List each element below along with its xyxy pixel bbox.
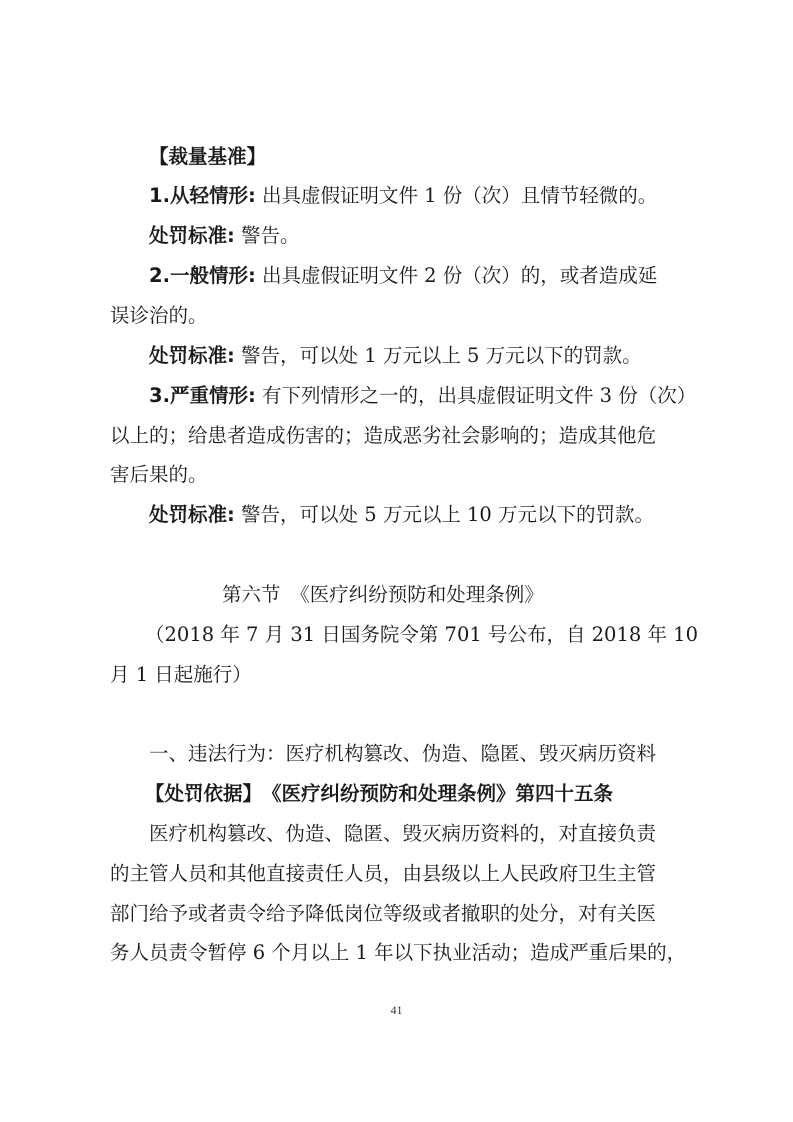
penalty-label: 处罚标准:	[149, 224, 235, 247]
violation-title: 一、违法行为：医疗机构篡改、伪造、隐匿、毁灭病历资料	[149, 742, 656, 766]
section-note: （2018 年 7 月 31 日国务院令第 701 号公布，自 2018 年 1…	[145, 623, 698, 647]
penalty-text: 警告。	[235, 224, 300, 247]
section-note-cont: 月 1 日起施行）	[110, 663, 252, 687]
page-number: 41	[0, 1003, 793, 1018]
case-label: 3.严重情形:	[149, 384, 256, 407]
penalty-standard: 处罚标准: 警告，可以处 1 万元以上 5 万元以下的罚款。	[149, 344, 642, 368]
penalty-standard: 处罚标准: 警告。	[149, 224, 300, 248]
penalty-basis: 【处罚依据】 《医疗纠纷预防和处理条例》第四十五条	[145, 782, 613, 806]
case-text: 出具虚假证明文件 1 份（次）且情节轻微的。	[256, 184, 658, 207]
case-label: 1.从轻情形:	[149, 184, 256, 207]
general-case: 2.一般情形: 出具虚假证明文件 2 份（次）的，或者造成延	[149, 264, 657, 288]
body-paragraph-line: 务人员责令暂停 6 个月以上 1 年以下执业活动；造成严重后果的，	[110, 941, 686, 965]
section-title: 第六节 《医疗纠纷预防和处理条例》	[222, 583, 544, 607]
general-case-cont: 误诊治的。	[110, 304, 208, 328]
case-label: 2.一般情形:	[149, 264, 256, 287]
penalty-label: 处罚标准:	[149, 503, 235, 526]
case-text: 出具虚假证明文件 2 份（次）的，或者造成延	[256, 264, 658, 287]
penalty-label: 处罚标准:	[149, 344, 235, 367]
severe-case: 3.严重情形: 有下列情形之一的，出具虚假证明文件 3 份（次）	[149, 384, 696, 408]
lenient-case: 1.从轻情形: 出具虚假证明文件 1 份（次）且情节轻微的。	[149, 184, 657, 208]
severe-case-cont: 害后果的。	[110, 463, 208, 487]
body-paragraph-line: 部门给予或者责令给予降低岗位等级或者撤职的处分，对有关医	[110, 902, 656, 926]
discretion-heading: 【裁量基准】	[149, 145, 266, 169]
case-text: 有下列情形之一的，出具虚假证明文件 3 份（次）	[256, 384, 697, 407]
penalty-text: 警告，可以处 5 万元以上 10 万元以下的罚款。	[235, 503, 654, 526]
severe-case-cont: 以上的；给患者造成伤害的；造成恶劣社会影响的；造成其他危	[110, 424, 656, 448]
penalty-text: 警告，可以处 1 万元以上 5 万元以下的罚款。	[235, 344, 642, 367]
body-paragraph-line: 医疗机构篡改、伪造、隐匿、毁灭病历资料的，对直接负责	[149, 822, 656, 846]
penalty-standard: 处罚标准: 警告，可以处 5 万元以上 10 万元以下的罚款。	[149, 503, 654, 527]
body-paragraph-line: 的主管人员和其他直接责任人员，由县级以上人民政府卫生主管	[110, 862, 656, 886]
